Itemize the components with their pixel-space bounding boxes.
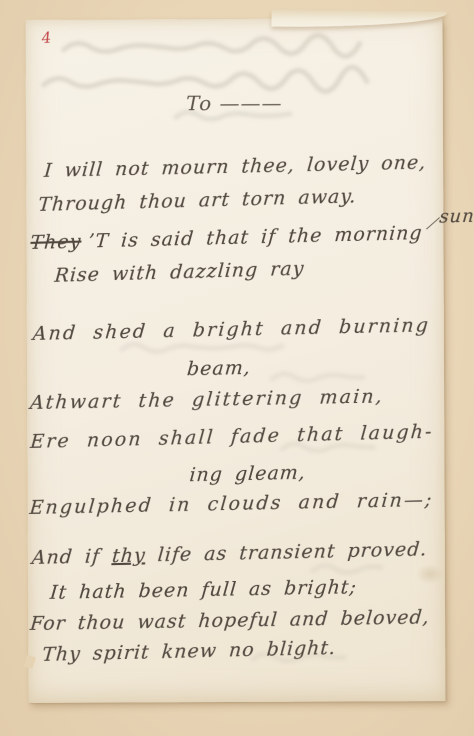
poem-line-10: Engulphed in clouds and rain—; [29, 489, 435, 519]
poem-line-3: They’T is said that if the morningsun [30, 221, 474, 254]
page-number: 4 [41, 28, 52, 47]
poem-line-8: Ere noon shall fade that laugh- [29, 421, 434, 453]
manuscript-sheet: 4 To ——— I will not mourn thee, lovely o… [26, 18, 446, 703]
poem-line-2: Through thou art torn away. [37, 185, 357, 216]
poem-line-4: Rise with dazzling ray [54, 258, 305, 287]
poem-line-12: It hath been full as bright; [49, 576, 358, 604]
poem-line-13: For thou wast hopeful and beloved, [29, 606, 431, 635]
poem-line-11: And if thy life as transient proved. [31, 538, 428, 569]
inserted-word-sun: sun [426, 206, 474, 228]
poem-line-11-pre: And if [31, 545, 113, 569]
poem-line-11-post: life as transient proved. [145, 538, 429, 566]
poem-line-14: Thy spirit knew no blight. [41, 637, 337, 666]
poem-line-5: And shed a bright and burning [32, 314, 431, 345]
poem-line-1: I will not mourn thee, lovely one, [43, 151, 427, 181]
poem-line-6: beam, [186, 357, 252, 380]
underlined-word-thy: thy [111, 544, 146, 567]
photo-mat-background: 4 To ——— I will not mourn thee, lovely o… [0, 0, 474, 736]
paper-edge-nick [24, 655, 36, 669]
poem-line-7: Athwart the glittering main, [29, 385, 385, 414]
poem-line-3-text: ’T is said that if the morning [87, 222, 423, 253]
struck-word: They [30, 231, 83, 254]
poem-line-9: ing gleam, [189, 462, 307, 487]
foxing-spot [416, 564, 444, 584]
curled-corner [271, 9, 446, 28]
poem-title: To ——— [26, 90, 443, 116]
